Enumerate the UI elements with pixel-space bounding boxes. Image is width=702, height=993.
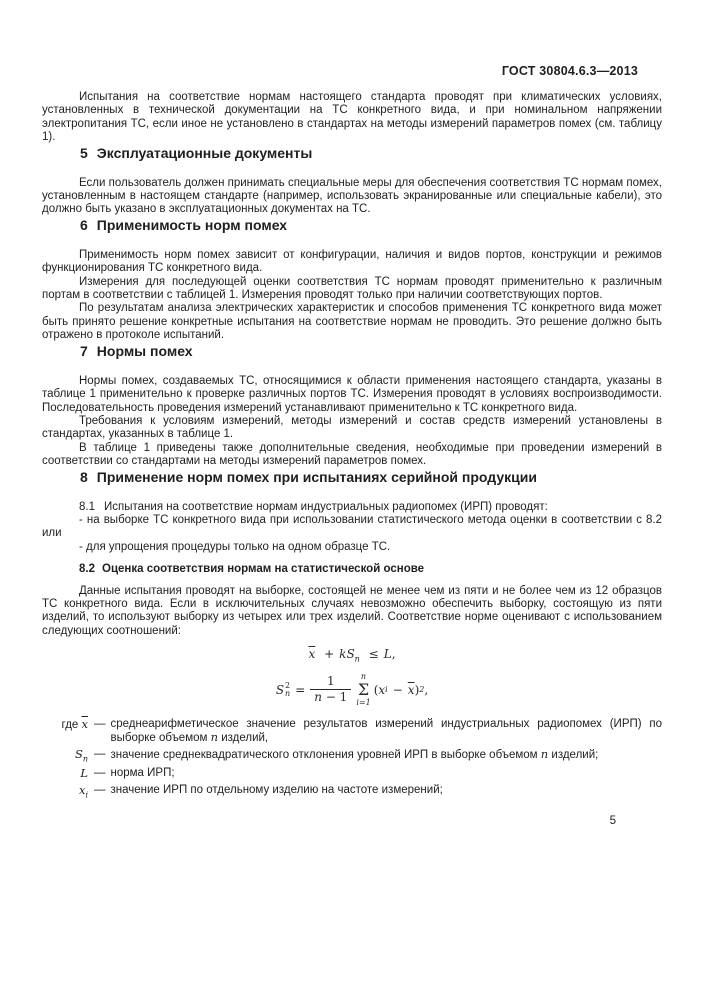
definition-text: значение среднеквадратического отклонени… bbox=[111, 748, 663, 763]
section-6-number: 6 bbox=[80, 217, 88, 233]
formula-mean-limit: x +kSn ≤L, bbox=[42, 647, 662, 663]
section-6-paragraph: Измерения для последующей оценки соответ… bbox=[42, 276, 662, 303]
clause-8-2-paragraph: Данные испытания проводят на выборке, со… bbox=[42, 585, 662, 639]
section-6-paragraph: Применимость норм помех зависит от конфи… bbox=[42, 249, 662, 276]
definition-dash: — bbox=[94, 784, 106, 798]
clause-8-2-title: Оценка соответствия нормам на статистиче… bbox=[102, 563, 424, 575]
definition-row: Sn — значение среднеквадратического откл… bbox=[42, 748, 662, 766]
section-7-paragraph: Нормы помех, создаваемых ТС, относящимис… bbox=[42, 375, 662, 415]
section-7-title: Нормы помех bbox=[97, 343, 193, 359]
section-8-number: 8 bbox=[80, 469, 88, 485]
definition-dash: — bbox=[94, 767, 106, 781]
math-x: x bbox=[378, 684, 385, 696]
clause-8-1-number: 8.1 bbox=[79, 501, 95, 513]
math-plus: + bbox=[324, 647, 334, 661]
section-5-paragraph: Если пользователь должен принимать специ… bbox=[42, 177, 662, 217]
formula-variance: S2n = 1n − 1 nΣi=1 (xi −x)2, bbox=[42, 673, 662, 707]
document-page: ГОСТ 30804.6.3—2013 Испытания на соответ… bbox=[0, 0, 702, 993]
clause-8-1-text: Испытания на соответствие нормам индустр… bbox=[104, 501, 548, 513]
clause-8-1-paragraph: 8.1Испытания на соответствие нормам инду… bbox=[42, 501, 662, 514]
definition-term: xi bbox=[42, 784, 88, 802]
section-7-paragraph: Требования к условиям измерений, методы … bbox=[42, 415, 662, 442]
section-7-paragraph: В таблице 1 приведены также дополнительн… bbox=[42, 442, 662, 469]
definition-term: где x bbox=[42, 718, 88, 733]
section-7-heading: 7Нормы помех bbox=[80, 343, 662, 359]
section-6-title: Применимость норм помех bbox=[97, 217, 287, 233]
section-6-heading: 6Применимость норм помех bbox=[80, 217, 662, 233]
definition-text: значение ИРП по отдельному изделию на ча… bbox=[111, 784, 663, 798]
definition-term: L bbox=[42, 767, 88, 782]
intro-paragraph: Испытания на соответствие нормам настоящ… bbox=[42, 91, 662, 145]
definition-text: среднеарифметическое значение результато… bbox=[111, 718, 663, 746]
definition-row: L — норма ИРП; bbox=[42, 767, 662, 782]
math-comma: , bbox=[424, 684, 428, 696]
math-L: L bbox=[384, 647, 392, 661]
math-xbar: x bbox=[308, 647, 315, 661]
section-7-number: 7 bbox=[80, 343, 88, 359]
section-5-heading: 5Эксплуатационные документы bbox=[80, 145, 662, 161]
definition-row: где x — среднеарифметическое значение ре… bbox=[42, 718, 662, 746]
section-5-title: Эксплуатационные документы bbox=[97, 145, 313, 161]
clause-8-2-heading: 8.2Оценка соответствия нормам на статист… bbox=[42, 563, 662, 576]
section-5-number: 5 bbox=[80, 145, 88, 161]
definition-text: норма ИРП; bbox=[111, 767, 663, 781]
section-6-paragraph: По результатам анализа электрических хар… bbox=[42, 302, 662, 342]
clause-8-2-number: 8.2 bbox=[79, 563, 95, 575]
list-item: - на выборке ТС конкретного вида при исп… bbox=[42, 514, 662, 541]
symbol-definitions: где x — среднеарифметическое значение ре… bbox=[42, 718, 662, 802]
math-S: S bbox=[276, 684, 284, 696]
definition-dash: — bbox=[94, 718, 106, 732]
math-sub-n: n bbox=[355, 655, 360, 664]
definition-term: Sn bbox=[42, 748, 88, 766]
page-number: 5 bbox=[42, 815, 662, 827]
math-sub-i: i bbox=[385, 686, 388, 694]
section-8-heading: 8Применение норм помех при испытаниях се… bbox=[80, 469, 662, 485]
math-sup-sub: 2n bbox=[285, 682, 290, 697]
math-comma: , bbox=[392, 647, 396, 661]
math-minus: − bbox=[393, 684, 403, 696]
math-sum: nΣi=1 bbox=[356, 673, 370, 707]
definition-row: xi — значение ИРП по отдельному изделию … bbox=[42, 784, 662, 802]
math-fraction: 1n − 1 bbox=[310, 675, 351, 704]
math-S: S bbox=[346, 647, 354, 661]
list-item: - для упрощения процедуры только на одно… bbox=[42, 541, 662, 554]
section-8-title: Применение норм помех при испытаниях сер… bbox=[97, 469, 537, 485]
definition-dash: — bbox=[94, 748, 106, 762]
document-code-header: ГОСТ 30804.6.3—2013 bbox=[42, 64, 662, 78]
math-leq: ≤ bbox=[369, 647, 379, 661]
math-equals: = bbox=[295, 684, 305, 696]
math-xbar: x bbox=[408, 684, 415, 696]
